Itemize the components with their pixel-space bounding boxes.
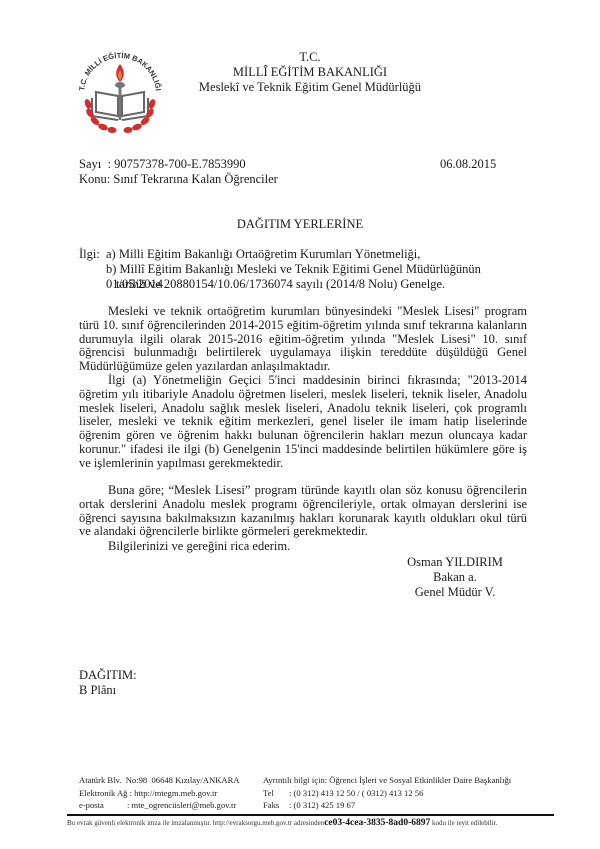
body-paragraph-4: Bilgilerinizi ve gereğini rica ederim. [79,540,527,554]
header-ministry: MİLLÎ EĞİTİM BAKANLIĞI [160,65,460,80]
verification-prefix: Bu evrak güvenli elektronik imza ile imz… [67,819,324,827]
body-paragraph-1: Mesleki ve teknik ortaöğretim kurumları … [79,305,527,374]
footer-fax-label: Faks [263,799,279,812]
body-paragraph-2: İlgi (a) Yönetmeliğin Geçici 5'inci madd… [79,374,527,471]
signatory-title: Genel Müdür V. [395,585,515,600]
meb-emblem-icon: T.C. MİLLİ EĞİTİM BAKANLIĞI [72,42,168,138]
signatory-role: Bakan a. [395,570,515,585]
document-number: Sayı : 90757378-700-E.7853990 [79,157,246,172]
verification-note: Bu evrak güvenli elektronik imza ile imz… [67,818,497,828]
reference-label: İlgi: [79,247,100,262]
footer-divider [67,814,554,816]
document-subject: Konu: Sınıf Tekrarına Kalan Öğrenciler [79,172,278,187]
header-department: Meslekî ve Teknik Eğitim Genel Müdürlüğü [160,80,460,95]
distribution-title: DAĞITIM YERLERİNE [0,217,600,232]
footer-email-label: e-posta [79,799,104,812]
body-paragraph-3: Buna göre; “Meslek Lisesi” program türün… [79,484,527,539]
footer-contact-info: Ayrıntılı bilgi için: Öğrenci İşleri ve … [263,774,511,787]
verification-suffix: kodu ile teyit edilebilir. [430,819,497,827]
footer-email[interactable]: : mte_ogrenciisleri@meb.gov.tr [127,799,236,812]
footer-address: Atatürk Blv. No:98 06648 Kızılay/ANKARA [79,774,240,787]
reference-a: a) Milli Eğitim Bakanlığı Ortaöğretim Ku… [106,247,420,262]
document-date: 06.08.2015 [440,157,496,172]
signatory-name: Osman YILDIRIM [395,555,515,570]
reference-b-continued: tarihli ve 20880154/10.06/1736074 sayılı… [116,277,445,292]
footer-tel: : (0 312) 413 12 50 / ( 0312) 413 12 56 [289,787,423,800]
header-country: T.C. [160,50,460,65]
distribution-value: B Plânı [79,683,116,698]
footer-fax: : (0 312) 425 19 67 [289,799,355,812]
verification-code: ce03-4cea-3835-8ad0-6897 [324,818,430,828]
footer-website[interactable]: Elektronik Ağ : http://mtegm.meb.gov.tr [79,787,217,800]
distribution-label: DAĞITIM: [79,668,137,683]
footer-tel-label: Tel [263,787,274,800]
